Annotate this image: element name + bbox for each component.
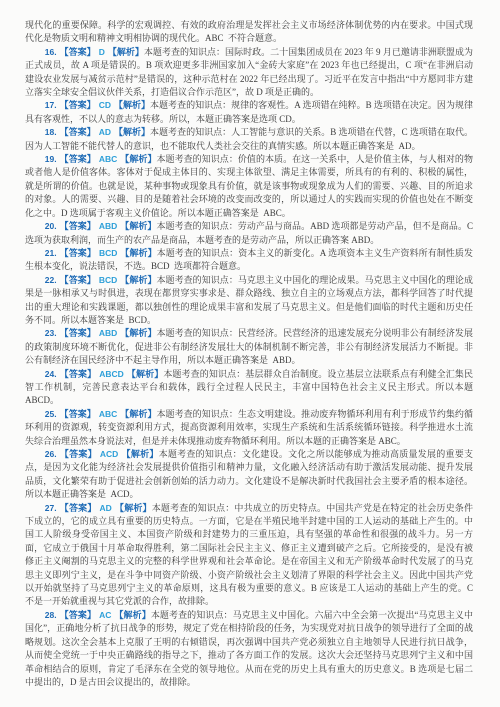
answer-label: 【答案】 — [60, 369, 97, 379]
item-number: 25. — [45, 409, 57, 419]
analysis-text: 本题考查的知识点：马克思主义中国化。六届六中全会第一次提出“马克思主义中国化”，… — [25, 610, 473, 687]
analysis-label: 【解析】 — [120, 409, 156, 419]
answer-letters: ABCD — [99, 369, 124, 379]
answer-item-20: 20.【答案】ABD【解析】本题考查的知识点：劳动产品与商品。ABD 选项都是劳… — [25, 220, 473, 247]
answer-label: 【答案】 — [60, 409, 96, 419]
analysis-text: 本题考查的知识点：中共成立的历史特点。中国共产党是在特定的社会历史条件下成立的，… — [25, 503, 473, 607]
answer-item-28: 28.【答案】AC【解析】本题考查的知识点：马克思主义中国化。六届六中全会第一次… — [25, 609, 473, 689]
answer-letters: D — [99, 47, 105, 57]
answer-letters: ABC — [99, 154, 117, 164]
item-number: 23. — [45, 328, 57, 338]
answer-label: 【答案】 — [60, 221, 96, 231]
answer-item-27: 27.【答案】AD【解析】本题考查的知识点：中共成立的历史特点。中国共产党是在特… — [25, 502, 473, 609]
item-number: 28. — [45, 610, 57, 620]
answer-item-19: 19.【答案】ABC【解析】本题考查的知识点：价值的本质。在这一关系中，人是价值… — [25, 153, 473, 220]
analysis-label: 【解析】 — [114, 610, 150, 620]
item-number: 26. — [45, 449, 57, 459]
answer-item-23: 23.【答案】ABD【解析】本题考查的知识点：民营经济。民营经济的迅速发展充分说… — [25, 327, 473, 367]
answer-label: 【答案】 — [60, 127, 96, 137]
answer-label: 【答案】 — [60, 47, 96, 57]
answer-item-17: 17.【答案】CD【解析】本题考查的知识点：规律的客观性。A 选项错在纯粹。B … — [25, 99, 473, 126]
answer-letters: BCD — [99, 275, 117, 285]
answer-letters: AD — [99, 127, 111, 137]
analysis-label: 【解析】 — [120, 154, 156, 164]
item-number: 20. — [45, 221, 57, 231]
answer-letters: ABC — [99, 409, 117, 419]
answer-label: 【答案】 — [60, 610, 96, 620]
answer-item-26: 26.【答案】ACD【解析】本题考查的知识点：文化建设。文化之所以能够成为推动高… — [25, 448, 473, 502]
item-number: 19. — [45, 154, 57, 164]
document-page: 现代化的重要保障。科学的宏观调控、有效的政府治理是发挥社会主义市场经济体制优势的… — [0, 0, 500, 707]
item-number: 17. — [45, 100, 57, 110]
answer-letters: BCD — [99, 248, 117, 258]
answer-item-22: 22.【答案】BCD【解析】本题考查的知识点：马克思主义中国化的理论成果。马克思… — [25, 274, 473, 328]
answer-item-21: 21.【答案】BCD【解析】本题考查的知识点：资本主义的新变化。A 选项资本主义… — [25, 247, 473, 274]
analysis-label: 【解析】 — [127, 369, 164, 379]
answer-label: 【答案】 — [60, 275, 96, 285]
answer-label: 【答案】 — [60, 449, 97, 459]
analysis-label: 【解析】 — [120, 328, 156, 338]
answer-label: 【答案】 — [60, 503, 97, 513]
answer-label: 【答案】 — [60, 154, 96, 164]
item-number: 21. — [45, 248, 57, 258]
answer-item-25: 25.【答案】ABC【解析】本题考查的知识点：生态文明建设。推动废弃物循环利用有… — [25, 408, 473, 448]
analysis-label: 【解析】 — [114, 100, 150, 110]
answer-item-16: 16.【答案】D【解析】本题考查的知识点：国际时政。二十国集团成员在 2023 … — [25, 46, 473, 100]
analysis-label: 【解析】 — [120, 248, 156, 258]
answer-letters: ACD — [100, 449, 118, 459]
answer-label: 【答案】 — [60, 248, 96, 258]
answer-label: 【答案】 — [60, 328, 96, 338]
answer-letters: AC — [99, 610, 111, 620]
analysis-label: 【解析】 — [108, 47, 144, 57]
analysis-label: 【解析】 — [114, 127, 150, 137]
analysis-label: 【解析】 — [121, 449, 158, 459]
analysis-label: 【解析】 — [120, 275, 156, 285]
item-number: 18. — [45, 127, 57, 137]
intro-paragraph: 现代化的重要保障。科学的宏观调控、有效的政府治理是发挥社会主义市场经济体制优势的… — [25, 19, 473, 46]
analysis-label: 【解析】 — [120, 221, 156, 231]
answer-letters: ABD — [99, 221, 117, 231]
intro-text: 现代化的重要保障。科学的宏观调控、有效的政府治理是发挥社会主义市场经济体制优势的… — [25, 20, 473, 43]
item-number: 16. — [45, 47, 57, 57]
answer-item-24: 24.【答案】ABCD【解析】本题考查的知识点：基层群众自治制度。设立基层立法联… — [25, 368, 473, 408]
answer-letters: ABD — [99, 328, 117, 338]
item-number: 24. — [45, 369, 57, 379]
answer-label: 【答案】 — [60, 100, 96, 110]
analysis-label: 【解析】 — [115, 503, 152, 513]
item-number: 22. — [45, 275, 57, 285]
item-number: 27. — [45, 503, 57, 513]
answer-letters: CD — [99, 100, 111, 110]
answer-letters: AD — [100, 503, 112, 513]
answer-item-18: 18.【答案】AD【解析】本题考查的知识点：人工智能与意识的关系。B 选项错在代… — [25, 126, 473, 153]
